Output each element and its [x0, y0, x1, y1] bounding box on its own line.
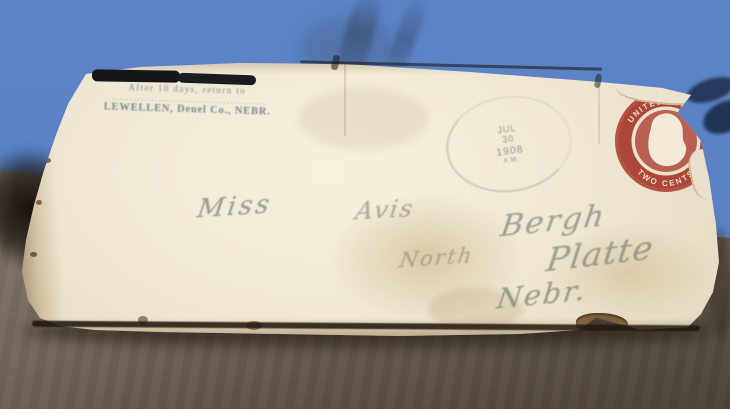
crease-line [598, 82, 600, 144]
photo-of-aged-envelope: After 10 days, return to ...............… [0, 0, 730, 409]
postmark-meridiem: A.M. [503, 155, 519, 165]
return-address: After 10 days, return to ...............… [104, 81, 272, 117]
handwritten-first-name: Avis [353, 195, 416, 226]
paper-stain [298, 88, 428, 150]
handwritten-salutation: Miss [195, 189, 274, 224]
crease-line [344, 64, 346, 136]
edge-speck [30, 252, 37, 257]
postmark: JUL 30 1908 A.M. [440, 88, 578, 201]
flap-edge-mark [92, 69, 180, 83]
edge-speck [36, 200, 42, 205]
